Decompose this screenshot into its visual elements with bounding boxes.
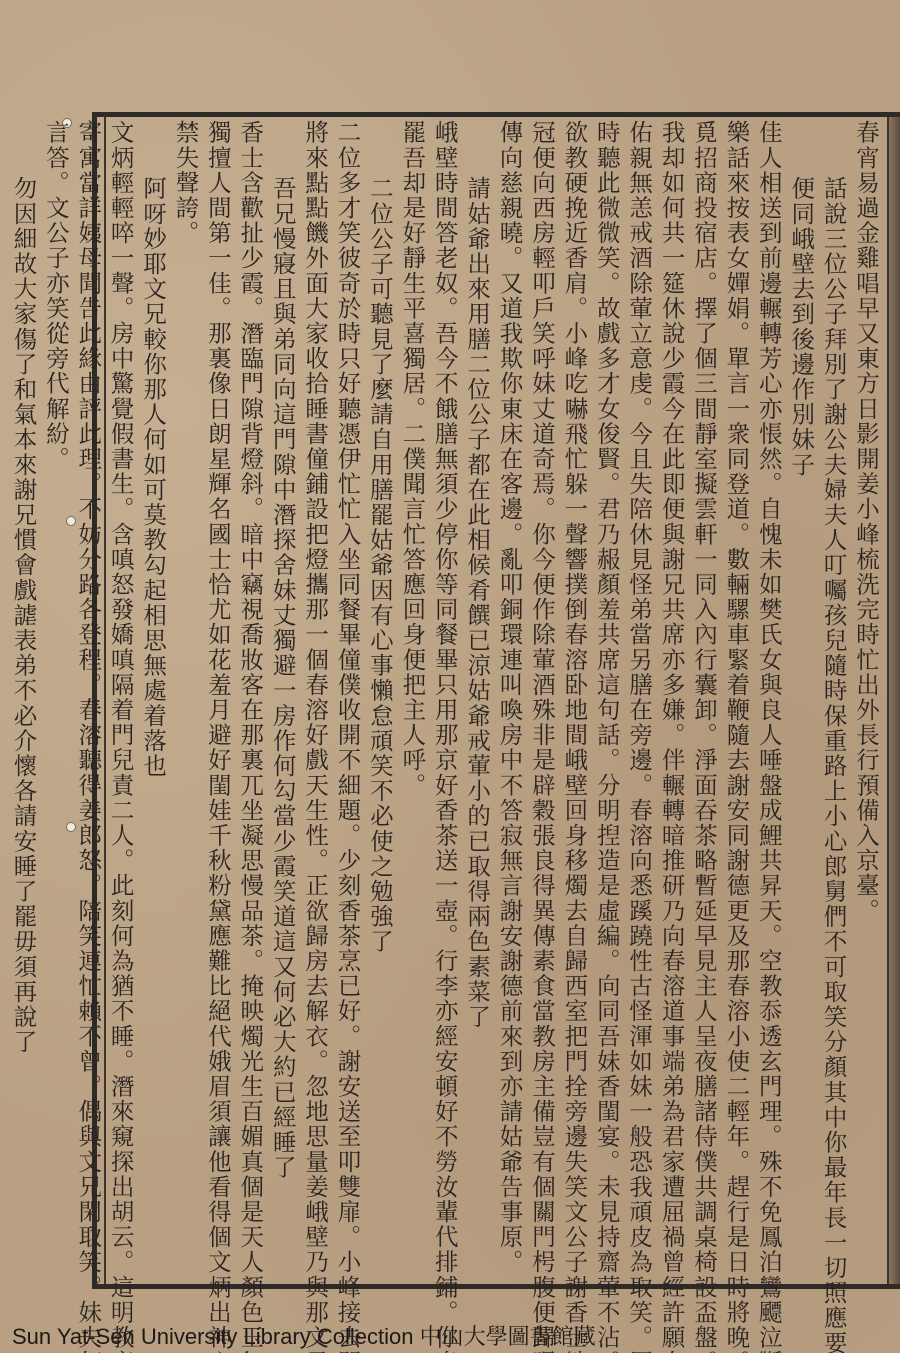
library-collection-caption: Sun Yat-Sen University Library Collectio… [12,1320,596,1351]
text-column: 阿呀妙耶文兄較你那人何如可莫教勾起相思無處着落也 [137,120,169,1280]
text-column: 二位多才笑彼奇於時只好聽憑伊忙忙入坐同餐畢僮僕收開不細題。少刻香茶烹已好。謝安送… [331,120,363,1280]
text-column: 佑親無恙戒酒除葷立意虔。今且失陪休見怪弟當另膳在旁邊。春溶向悉蹊蹺性古怪渾如妹一… [623,120,655,1280]
text-column: 罷吾却是好靜生平喜獨居。二僕聞言忙答應回身便把主人呼。 [396,120,428,1280]
vertical-text-body: 春宵易過金雞唱早又東方日影開姜小峰梳洗完時忙出外長行預備入京臺。話說三位公子拜別… [112,120,882,1280]
text-column: 傳向慈親曉。又道我欺你東床在客邊。亂叩銅環連叫喚房中不答寂無言謝安謝德前來到亦請… [493,120,525,1280]
text-column: 我却如何共一筵休說少霞今在此即便與謝兄共席亦多嫌。伴輾轉暗推研乃向春溶道事端弟為… [655,120,687,1280]
text-column: 時聽此微微笑。故戲多才女俊賢。君乃赧顏羞共席這句話。分明揑造是虛編。向同吾妹香閨… [590,120,622,1280]
text-column: 吾兄慢寢且與弟同向這門隙中潛探舍妹丈獨避一房作何勾當少霞笑道這又何必大約已經睡了 [266,120,298,1280]
text-column: 勿因細故大家傷了和氣本來謝兄慣會戲謔表弟不必介懷各請安睡了罷毋須再說了 [7,120,39,1280]
text-column: 言答。文公子亦笑從旁代解紛。 [39,120,71,1280]
text-column: 欲教硬挽近香肩。小峰吃嚇飛忙躲一聲響撲倒春溶卧地間峨壁回身移燭去自歸西室把門拴旁… [558,120,590,1280]
text-column: 香士含歡扯少霞。潛臨門隙背燈斜。暗中竊視喬妝客在那裏兀坐凝思慢品茶。掩映燭光生百… [234,120,266,1280]
text-column: 將來點點饑外面大家收拾睡書僮鋪設把燈攜那一個春溶好戲天生性。正欲歸房去解衣。忽地… [299,120,331,1280]
text-column: 樂話來按表女嬋娟。單言一衆同登道。數輛騾車緊着鞭隨去謝安同謝德更及那春溶小使二輕… [720,120,752,1280]
text-column: 冠便向西房輕叩戶笑呼妹丈道奇焉。你今便作除葷酒殊非是辟穀張良得異傳素食當教房主備… [526,120,558,1280]
text-column: 春宵易過金雞唱早又東方日影開姜小峰梳洗完時忙出外長行預備入京臺。 [850,120,882,1280]
text-column: 請姑爺出來用膳二位公子都在此相候肴饌已涼姑爺戒葷小的已取得兩色素菜了 [461,120,493,1280]
text-column: 二位公子可聽見了麼請自用膳罷姑爺因有心事懶怠頑笑不必使之勉強了 [364,120,396,1280]
text-column: 獨擅人間第一佳。那裏像日朗星輝名國士恰尤如花羞月避好閨娃千秋粉黛應難比絕代娥眉須… [201,120,233,1280]
book-spine-strip [889,117,900,1284]
text-column: 峨壁時間答老奴。吾今不餓膳無須少停你等同餐畢只用那京好香茶送一壺。行李亦經安頓好… [428,120,460,1280]
text-column: 寄寓當詳姨母聞告此緣由評此理。不妨分路各登程。春溶聽得姜郎怒。陪笑連忙賴不曾。偶… [72,120,104,1280]
text-column: 便同峨壁去到後邊作別妹子 [785,120,817,1280]
text-column: 禁失聲誇。 [169,120,201,1280]
text-column: 覓招商投宿店。擇了個三間靜室擬雲軒一同入內行囊卸。淨面吞茶略暫延早見主人呈夜膳諸… [688,120,720,1280]
text-column: 話說三位公子拜別了謝公夫婦夫人叮囑孩兒隨時保重路上小心郎舅們不可取笑分顏其中你最… [817,120,849,1280]
text-column: 佳人相送到前邊輾轉芳心亦悵然。自愧未如樊氏女與良人唾盤成鯉共昇天。空教忝透玄門理… [752,120,784,1280]
text-column: 文炳輕輕啐一聲。房中驚覺假書生。含嗔怒發嬌嗔隔着門兒責二人。此刻何為猶不睡。潛來… [104,120,136,1280]
